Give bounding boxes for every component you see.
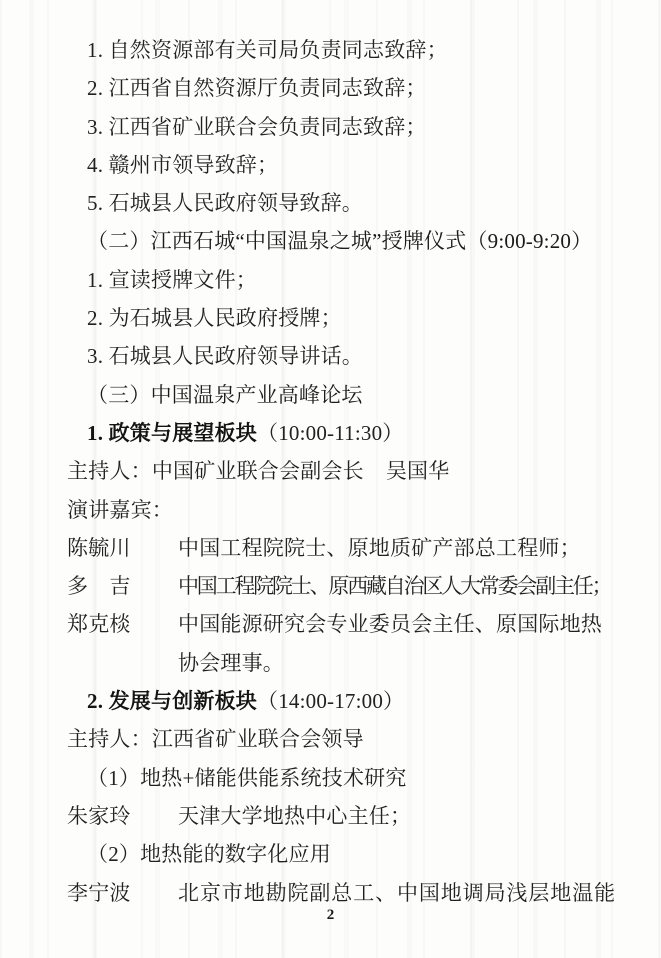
- speaker-name: 陈毓川: [67, 529, 131, 567]
- speaker-row: 郑克棪中国能源研究会专业委员会主任、原国际地热协会理事。: [67, 605, 612, 682]
- numbered-item: 2. 江西省自然资源厅负责同志致辞；: [87, 69, 647, 107]
- host-role: 中国矿业联合会副会长: [152, 459, 364, 483]
- page-number: 2: [0, 906, 661, 924]
- speaker-desc: 中国工程院院士、原西藏自治区人大常委会副主任；: [178, 574, 610, 598]
- document-page: 1. 自然资源部有关司局负责同志致辞；2. 江西省自然资源厅负责同志致辞；3. …: [0, 0, 661, 958]
- speaker-desc: 中国能源研究会专业委员会主任、原国际地热协会理事。: [178, 612, 602, 674]
- panel-title: 2. 发展与创新板块: [87, 689, 257, 713]
- body-text: 演讲嘉宾：: [67, 491, 647, 529]
- speaker-row: 多 吉中国工程院院士、原西藏自治区人大常委会副主任；: [67, 567, 647, 605]
- speaker-row: 朱家玲天津大学地热中心主任；: [67, 797, 612, 835]
- panel-time: （10:00-11:30）: [257, 421, 403, 445]
- host-label: 主持人：: [67, 459, 152, 483]
- numbered-item: 3. 江西省矿业联合会负责同志致辞；: [87, 108, 647, 146]
- section-heading: （三）中国温泉产业高峰论坛: [87, 376, 647, 414]
- host-label: 主持人：: [67, 727, 152, 751]
- speaker-desc: 天津大学地热中心主任；: [178, 804, 411, 828]
- speaker-desc: 中国工程院院士、原地质矿产部总工程师；: [178, 536, 581, 560]
- sub-item: （1）地热+储能供能系统技术研究: [87, 759, 647, 797]
- numbered-item: 1. 自然资源部有关司局负责同志致辞；: [87, 31, 647, 69]
- numbered-item: 4. 赣州市领导致辞；: [87, 146, 647, 184]
- speaker-row: 陈毓川中国工程院院士、原地质矿产部总工程师；: [67, 529, 612, 567]
- panel-title: 1. 政策与展望板块: [87, 421, 257, 445]
- speaker-name: 朱家玲: [67, 797, 131, 835]
- section-heading: （二）江西石城“中国温泉之城”授牌仪式（9:00-9:20）: [87, 222, 647, 260]
- host-line: 主持人：中国矿业联合会副会长吴国华: [67, 452, 647, 490]
- document-content: 1. 自然资源部有关司局负责同志致辞；2. 江西省自然资源厅负责同志致辞；3. …: [67, 31, 647, 912]
- host-line: 主持人：江西省矿业联合会领导: [67, 720, 647, 758]
- speaker-name: 郑克棪: [67, 605, 131, 643]
- sub-item: （2）地热能的数字化应用: [87, 835, 647, 873]
- host-role: 江西省矿业联合会领导: [152, 727, 364, 751]
- numbered-item: 3. 石城县人民政府领导讲话。: [87, 337, 647, 375]
- numbered-item: 1. 宣读授牌文件；: [87, 261, 647, 299]
- host-name: 吴国华: [386, 459, 450, 483]
- panel-heading: 2. 发展与创新板块（14:00-17:00）: [87, 682, 647, 720]
- numbered-item: 2. 为石城县人民政府授牌；: [87, 299, 647, 337]
- speaker-desc: 北京市地勘院副总工、中国地调局浅层地温能: [178, 881, 616, 905]
- panel-time: （14:00-17:00）: [257, 689, 404, 713]
- speaker-name: 多 吉: [67, 567, 131, 605]
- numbered-item: 5. 石城县人民政府领导致辞。: [87, 184, 647, 222]
- panel-heading: 1. 政策与展望板块（10:00-11:30）: [87, 414, 647, 452]
